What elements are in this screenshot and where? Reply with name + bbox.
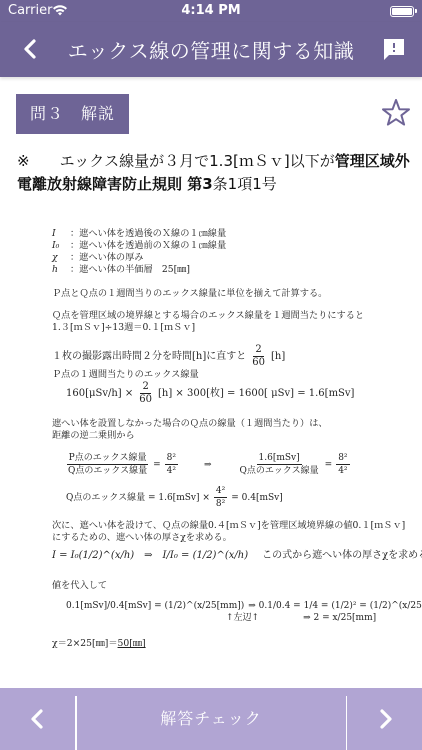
- note-plain: エックス線量が３月で1.3[ｍＳｖ]以下が: [60, 152, 335, 170]
- result-value: 50[㎜]: [118, 638, 146, 649]
- answer-check-button[interactable]: 解答チェック: [75, 688, 347, 750]
- definitions: I：遮へい体を透過後のＸ線の１㎝線量 I₀：遮へい体を透過前のＸ線の１㎝線量 χ…: [52, 228, 402, 276]
- p-point-equation: 160[μSv/h] × 260 [h] × 300[枚] = 1600[ μS…: [66, 381, 402, 406]
- chevron-right-icon: [373, 707, 397, 731]
- paragraph-6b: にするための、遮へい体の厚さχを求める。: [52, 532, 402, 544]
- law-article: 条1項1号: [213, 175, 277, 193]
- p-point-title: Ｐ点の１週間当たりのエックス線量: [52, 369, 402, 381]
- page-title: エックス線の管理に関する知識: [60, 35, 362, 64]
- definition-row: h：遮へい体の半価層 25[㎜]: [52, 264, 402, 276]
- note-mark: ※: [17, 152, 30, 170]
- chevron-left-icon[interactable]: [18, 36, 44, 62]
- inverse-square-equation: P点のエックス線量Q点のエックス線量 = 8²4² ⇒ 1.6[mSv]Q点のエ…: [66, 452, 402, 477]
- left-side-label: ↑左辺↑: [226, 612, 259, 624]
- explanation-image: I：遮へい体を透過後のＸ線の１㎝線量 I₀：遮へい体を透過前のＸ線の１㎝線量 χ…: [52, 228, 402, 650]
- clock: 4:14 PM: [0, 3, 422, 18]
- paragraph-2a: Ｑ点を管理区域の境界線とする場合のエックス線量を１週間当たりにすると: [52, 310, 402, 322]
- definition-row: I：遮へい体を透過後のＸ線の１㎝線量: [52, 228, 402, 240]
- status-bar: Carrier 4:14 PM: [0, 0, 422, 22]
- next-button[interactable]: [347, 688, 422, 750]
- paragraph-5b: 距離の逆二乗則から: [52, 430, 402, 442]
- star-outline-icon[interactable]: [380, 97, 412, 129]
- paragraph-7: 値を代入して: [52, 580, 402, 592]
- paragraph-6a: 次に、遮へい体を設けて、Ｑ点の線量0.４[ｍＳｖ]を管理区域境界線の値0.１[ｍ…: [52, 520, 402, 532]
- nav-bar: エックス線の管理に関する知識: [0, 22, 422, 77]
- law-name: 電離放射線障害防止規則 第3: [17, 175, 213, 193]
- chevron-left-icon: [26, 707, 50, 731]
- note-bold: 管理区域外: [335, 152, 410, 170]
- paragraph-5a: 遮へい体を設置しなかった場合のＱ点の線量（１週間当たり）は、: [52, 418, 402, 430]
- result-line: χ＝2×25[㎜]＝50[㎜]: [52, 638, 402, 650]
- battery-icon: [390, 6, 414, 17]
- note-text: ※エックス線量が３月で1.3[ｍＳｖ]以下が管理区域外 電離放射線障害防止規則 …: [17, 150, 417, 196]
- substitution-equation: 0.1[mSv]/0.4[mSv] = (1/2)^(x/25[mm]) ⇒ 0…: [66, 600, 402, 612]
- report-bubble-icon[interactable]: [382, 37, 406, 61]
- paragraph-2b: 1.３[ｍＳｖ]÷13週＝0.１[ｍＳｖ]: [52, 322, 402, 334]
- q-point-equation: Q点のエックス線量 = 1.6[mSv] × 4²8² = 0.4[mSv]: [66, 485, 402, 510]
- section-badge: 問３ 解説: [16, 94, 129, 134]
- previous-button[interactable]: [0, 688, 75, 750]
- attenuation-formula: I = I₀(1/2)^(x/h) ⇒ I/I₀ = (1/2)^(x/h) こ…: [52, 550, 402, 562]
- bottom-bar: 解答チェック: [0, 688, 422, 750]
- paragraph-1: Ｐ点とＱ点の１週間当りのエックス線量に単位を揃えて計算する。: [52, 288, 402, 300]
- exposure-time: １枚の撮影露出時間２分を時間[h]に直すと 260 [h]: [52, 344, 402, 369]
- definition-row: I₀：遮へい体を透過前のＸ線の１㎝線量: [52, 240, 402, 252]
- definition-row: χ：遮へい体の厚み: [52, 252, 402, 264]
